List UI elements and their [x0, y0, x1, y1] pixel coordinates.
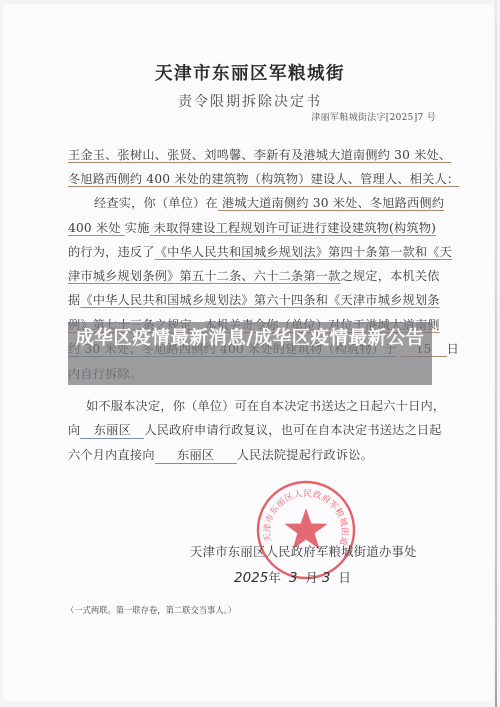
document-title: 责令限期拆除决定书 [0, 91, 500, 111]
date-day-label: 日 [338, 570, 351, 585]
copy-note: （一式两联。第一联存卷，第二联交当事人。） [66, 604, 236, 616]
paragraph-1-line-3: 的行为，违反了《中华人民共和国城乡规划法》第四十条第一款和《天 [68, 243, 452, 260]
para2-line3-suffix: 人民法院提起行政诉讼。 [237, 448, 373, 462]
para2-line3-prefix: 六个月内直接向 [68, 448, 155, 462]
headline-overlay-text: 成华区疫情最新消息/成华区疫情最新公告 [70, 327, 430, 351]
paragraph-1-line-5: 据《中华人民共和国城乡规划法》第六十四条和《天津市城乡规划条 [68, 291, 440, 308]
para1-mid: 实施 [125, 221, 150, 235]
para2-line2-suffix: 人民政府申请行政复议，也可在自本决定书送达之日起 [144, 423, 441, 437]
legal-basis: 《中华人民共和国城乡规划法》第六十四条和《天津市城乡规划条 [80, 293, 439, 307]
para1-line3-prefix: 的行为，违反了 [68, 245, 155, 259]
paragraph-2-line-3: 六个月内直接向东丽区人民法院提起行政诉讼。 [68, 446, 373, 464]
date-month: 3 [289, 570, 298, 586]
issuing-authority: 天津市东丽区人民政府军粮城街道办事处 [190, 542, 417, 560]
para2-line2-prefix: 向 [68, 423, 80, 437]
issue-date: 2025年 3 月 3 日 [234, 568, 351, 586]
para1-line5-prefix: 据 [68, 293, 80, 307]
paragraph-2-line-2: 向东丽区人民政府申请行政复议，也可在自本决定书送达之日起 [68, 421, 442, 439]
organization-title: 天津市东丽区军粮城街 [0, 60, 500, 85]
paragraph-2-line-1: 如不服本决定，你（单位）可在自本决定书送达之日起六十日内， [86, 397, 445, 414]
date-day: 3 [322, 570, 331, 586]
official-seal-icon: 天津市东丽区人民政府军粮城街道办事处 [254, 478, 358, 582]
violated-law-cont: 津市城乡规划条例》第五十二条、六十二条第一款 [68, 269, 341, 283]
violation-location-cont: 400 米处 [68, 221, 125, 235]
para1-prefix: 经查实，你（单位）在 [94, 196, 218, 210]
addressee-line-1: 王金玉、张树山、张贤、刘鸣馨、李新有及港城大道南侧约 30 米处、 [68, 146, 451, 163]
addressee-line-2: 冬旭路西侧约 400 米处的建筑物（构筑物）建设人、管理人、相关人： [68, 170, 459, 187]
review-government-district: 东丽区 [80, 421, 144, 439]
date-year: 2025 [234, 570, 268, 586]
violated-law: 《中华人民共和国城乡规划法》第四十条第一款和《天 [155, 245, 452, 259]
violation-location: 港城大道南侧约 30 米处、冬旭路西侧约 [218, 196, 444, 210]
paragraph-1-line-1: 经查实，你（单位）在 港城大道南侧约 30 米处、冬旭路西侧约 [94, 194, 444, 211]
violation-act: 未取得建设工程规划许可证进行建设建筑物(构筑物) [150, 221, 437, 235]
para1-line4-suffix: 之规定，本机关依 [341, 269, 440, 283]
court-district: 东丽区 [155, 446, 237, 464]
paragraph-1-line-2: 400 米处 实施 未取得建设工程规划许可证进行建设建筑物(构筑物) [68, 219, 436, 236]
days-unit: 日 [447, 342, 459, 356]
date-month-label: 月 [305, 570, 318, 585]
paragraph-1-line-4: 津市城乡规划条例》第五十二条、六十二条第一款之规定，本机关依 [68, 267, 440, 284]
document-number: 津丽军粮城街法字[2025]7 号 [311, 110, 436, 123]
date-year-label: 年 [268, 570, 281, 585]
